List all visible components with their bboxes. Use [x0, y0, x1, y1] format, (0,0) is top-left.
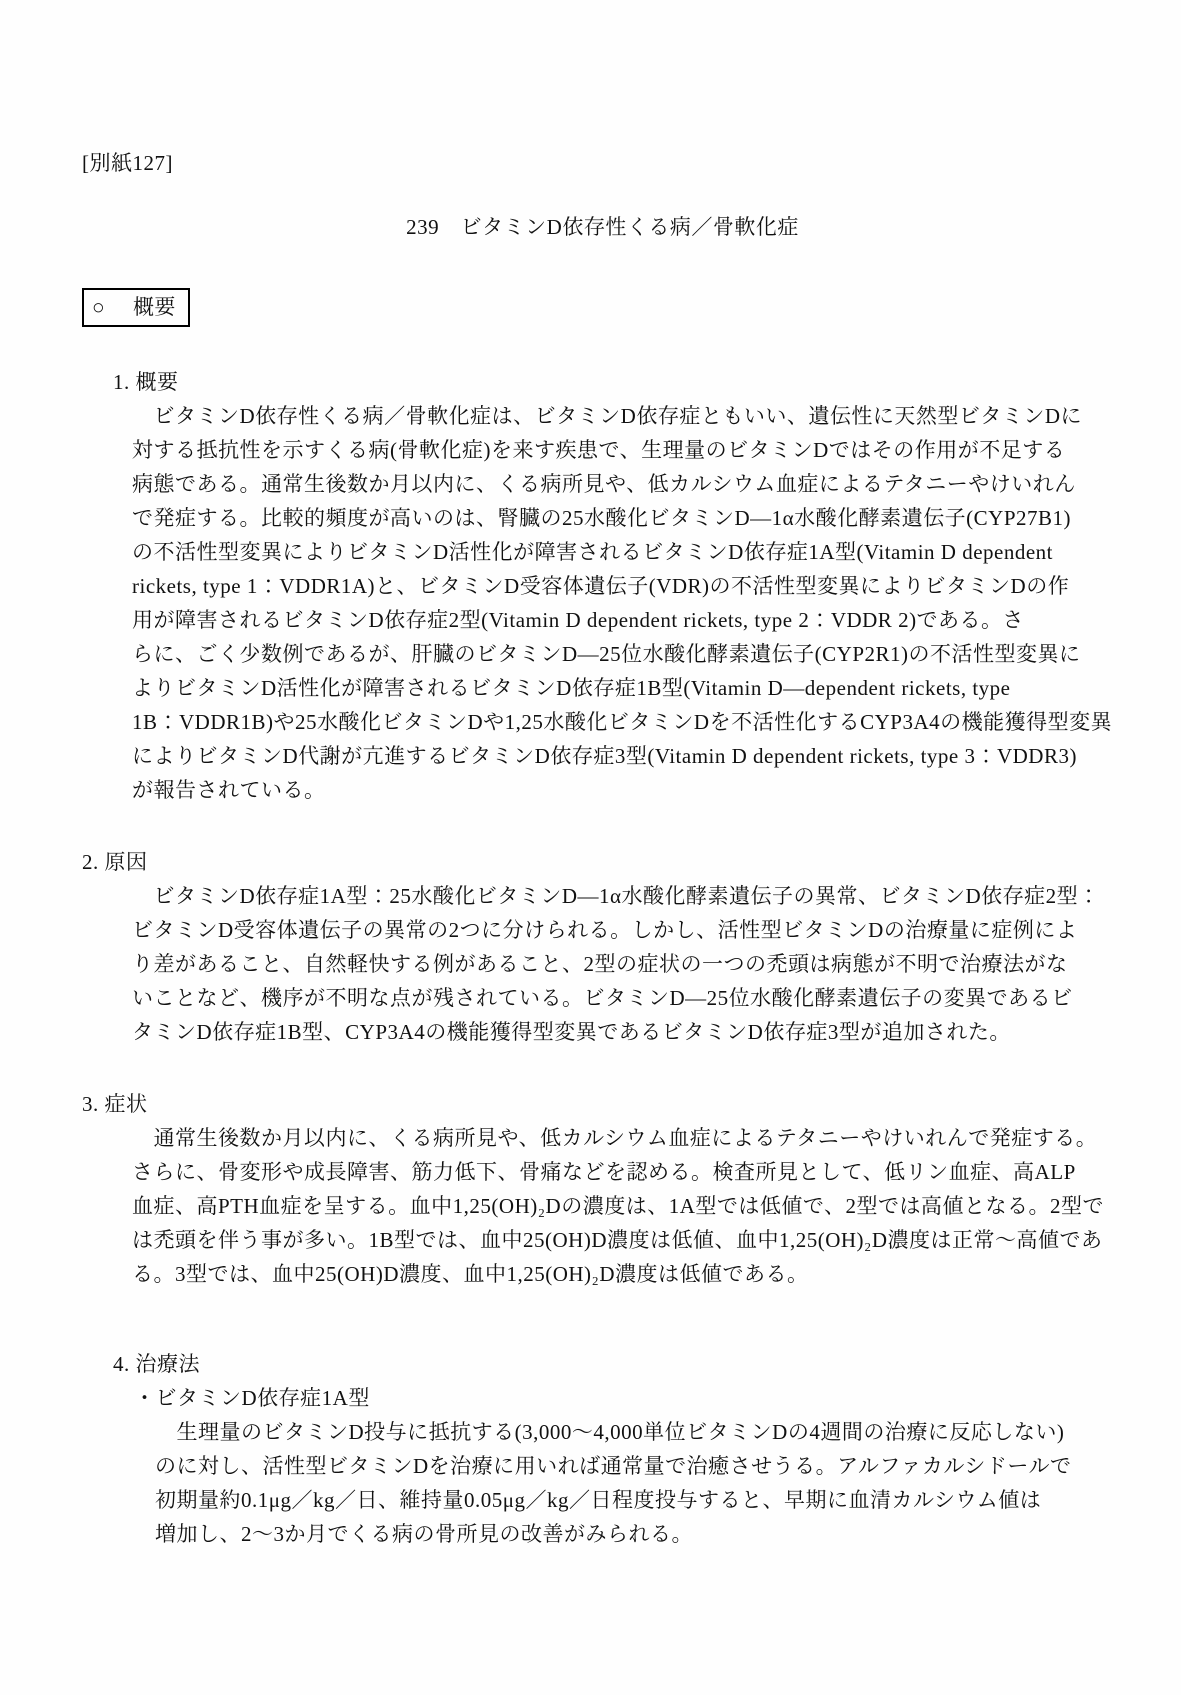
section-treatment-body: 生理量のビタミンD投与に抵抗する(3,000～4,000単位ビタミンDの4週間の…	[155, 1415, 1123, 1551]
section-cause-heading: 2. 原因	[82, 845, 1123, 879]
section-cause-body: ビタミンD依存症1A型：25水酸化ビタミンD―1α水酸化酵素遺伝子の異常、ビタミ…	[132, 879, 1123, 1049]
section-overview: 1. 概要 ビタミンD依存性くる病／骨軟化症は、ビタミンD依存症ともいい、遺伝性…	[82, 365, 1123, 807]
section-symptoms-heading: 3. 症状	[82, 1087, 1123, 1121]
treatment-subtype-bullet: ・ビタミンD依存症1A型	[134, 1381, 1123, 1415]
section-symptoms-body: 通常生後数か月以内に、くる病所見や、低カルシウム血症によるテタニーやけいれんで発…	[132, 1121, 1123, 1291]
overview-header-box: ○ 概要	[82, 288, 190, 327]
section-overview-heading: 1. 概要	[113, 365, 1123, 399]
section-treatment: 4. 治療法 ・ビタミンD依存症1A型 生理量のビタミンD投与に抵抗する(3,0…	[82, 1347, 1123, 1551]
document-page: [別紙127] 239 ビタミンD依存性くる病／骨軟化症 ○ 概要 1. 概要 …	[0, 0, 1181, 1695]
overview-header-label: 概要	[133, 292, 176, 322]
document-title: 239 ビタミンD依存性くる病／骨軟化症	[82, 210, 1123, 244]
attachment-number-label: [別紙127]	[82, 146, 1123, 180]
section-overview-body: ビタミンD依存性くる病／骨軟化症は、ビタミンD依存症ともいい、遺伝性に天然型ビタ…	[132, 399, 1123, 807]
section-symptoms: 3. 症状 通常生後数か月以内に、くる病所見や、低カルシウム血症によるテタニーや…	[82, 1087, 1123, 1291]
section-cause: 2. 原因 ビタミンD依存症1A型：25水酸化ビタミンD―1α水酸化酵素遺伝子の…	[82, 845, 1123, 1049]
circle-marker-icon: ○	[92, 292, 105, 322]
section-treatment-heading: 4. 治療法	[113, 1347, 1123, 1381]
